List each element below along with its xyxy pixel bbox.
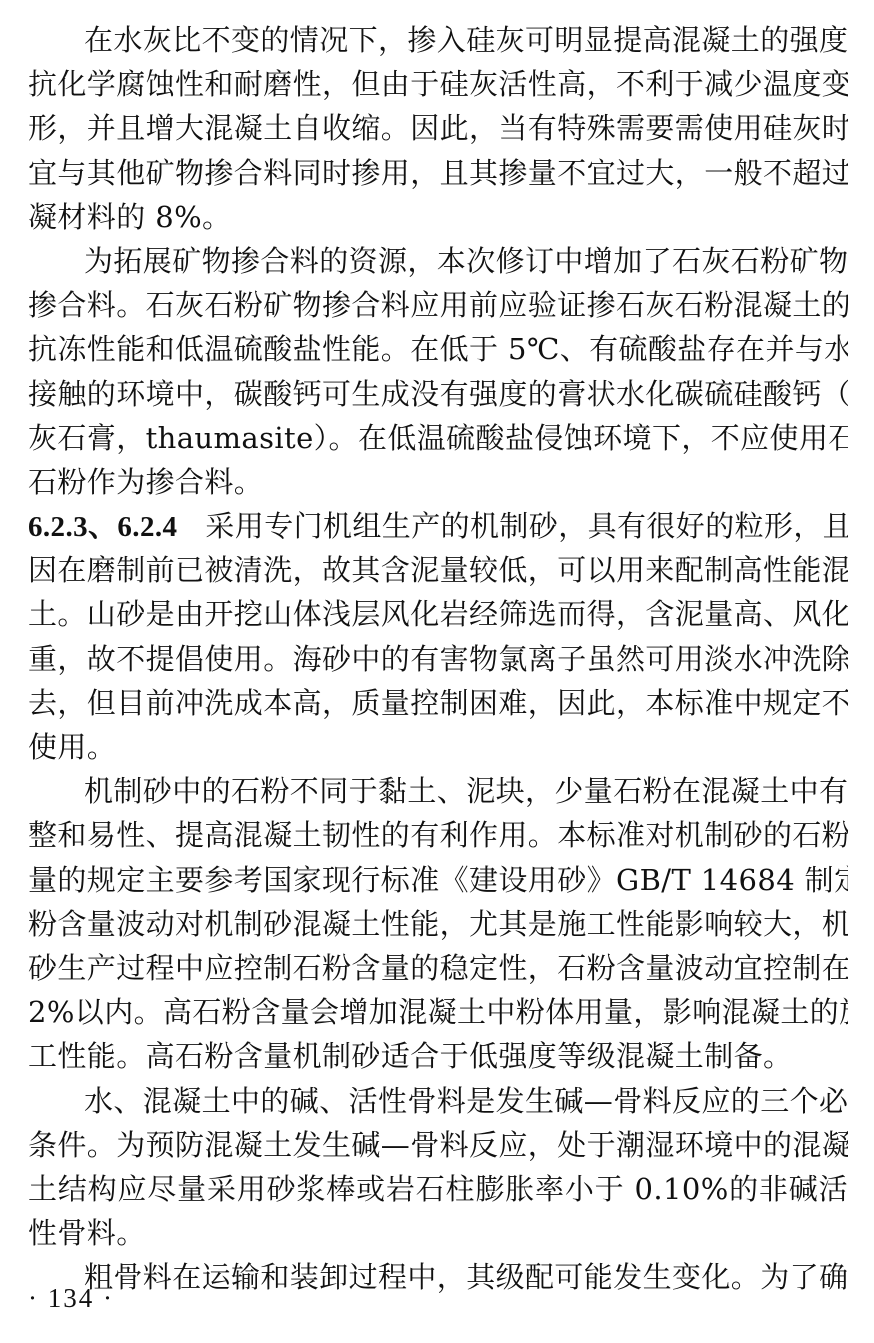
text-line: 灰石膏，thaumasite）。在低温硫酸盐侵蚀环境下，不应使用石灰	[28, 416, 848, 460]
text-line: 接触的环境中，碳酸钙可生成没有强度的膏状水化碳硫硅酸钙（硅	[28, 372, 848, 416]
text-line: 掺合料。石灰石粉矿物掺合料应用前应验证掺石灰石粉混凝土的	[28, 283, 848, 327]
section-number: 6.2.3、6.2.4	[28, 511, 177, 543]
text-line: 重，故不提倡使用。海砂中的有害物氯离子虽然可用淡水冲洗除	[28, 637, 848, 681]
text-line: 宜与其他矿物掺合料同时掺用，且其掺量不宜过大，一般不超过胶	[28, 151, 848, 195]
text-line: 6.2.3、6.2.4采用专门机组生产的机制砂，具有很好的粒形，且	[28, 504, 848, 548]
page-number: · 134 ·	[28, 1283, 114, 1314]
document-page: 在水灰比不变的情况下，掺入硅灰可明显提高混凝土的强度、 抗化学腐蚀性和耐磨性，但…	[28, 18, 848, 1299]
text-line: 量的规定主要参考国家现行标准《建设用砂》GB/T 14684 制定。石	[28, 858, 848, 902]
paragraph-alkali-aggregate: 水、混凝土中的碱、活性骨料是发生碱—骨料反应的三个必要 条件。为预防混凝土发生碱…	[28, 1079, 848, 1256]
text-line: 抗冻性能和低温硫酸盐性能。在低于 5℃、有硫酸盐存在并与水	[28, 327, 848, 371]
text-line: 去，但目前冲洗成本高，质量控制困难，因此，本标准中规定不应	[28, 681, 848, 725]
paragraph-limestone-powder: 为拓展矿物掺合料的资源，本次修订中增加了石灰石粉矿物 掺合料。石灰石粉矿物掺合料…	[28, 239, 848, 504]
text-line: 抗化学腐蚀性和耐磨性，但由于硅灰活性高，不利于减少温度变	[28, 62, 848, 106]
text-line: 土结构应尽量采用砂浆棒或岩石柱膨胀率小于 0.10%的非碱活	[28, 1167, 848, 1211]
text-line: 粉含量波动对机制砂混凝土性能，尤其是施工性能影响较大，机制	[28, 902, 848, 946]
text-line: 机制砂中的石粉不同于黏土、泥块，少量石粉在混凝土中有调	[28, 769, 848, 813]
paragraph-silica-fume: 在水灰比不变的情况下，掺入硅灰可明显提高混凝土的强度、 抗化学腐蚀性和耐磨性，但…	[28, 18, 848, 239]
text-line: 石粉作为掺合料。	[28, 460, 848, 504]
text-line: 水、混凝土中的碱、活性骨料是发生碱—骨料反应的三个必要	[28, 1079, 848, 1123]
text-line: 性骨料。	[28, 1211, 848, 1255]
text-line: 粗骨料在运输和装卸过程中，其级配可能发生变化。为了确保	[28, 1255, 848, 1299]
text-line: 凝材料的 8%。	[28, 195, 848, 239]
text-line: 在水灰比不变的情况下，掺入硅灰可明显提高混凝土的强度、	[28, 18, 848, 62]
text-line: 砂生产过程中应控制石粉含量的稳定性，石粉含量波动宜控制在	[28, 946, 848, 990]
text-line: 2%以内。高石粉含量会增加混凝土中粉体用量，影响混凝土的施	[28, 990, 848, 1034]
text-line: 土。山砂是由开挖山体浅层风化岩经筛选而得，含泥量高、风化严	[28, 592, 848, 636]
paragraph-section-6-2-3: 6.2.3、6.2.4采用专门机组生产的机制砂，具有很好的粒形，且 因在磨制前已…	[28, 504, 848, 769]
paragraph-coarse-aggregate: 粗骨料在运输和装卸过程中，其级配可能发生变化。为了确保	[28, 1255, 848, 1299]
text-line-content: 采用专门机组生产的机制砂，具有很好的粒形，且	[205, 509, 848, 543]
text-line: 条件。为预防混凝土发生碱—骨料反应，处于潮湿环境中的混凝	[28, 1123, 848, 1167]
text-line: 工性能。高石粉含量机制砂适合于低强度等级混凝土制备。	[28, 1034, 848, 1078]
text-line: 形，并且增大混凝土自收缩。因此，当有特殊需要需使用硅灰时，	[28, 106, 848, 150]
paragraph-stone-powder: 机制砂中的石粉不同于黏土、泥块，少量石粉在混凝土中有调 整和易性、提高混凝土韧性…	[28, 769, 848, 1078]
text-line: 使用。	[28, 725, 848, 769]
text-line: 整和易性、提高混凝土韧性的有利作用。本标准对机制砂的石粉含	[28, 813, 848, 857]
text-line: 因在磨制前已被清洗，故其含泥量较低，可以用来配制高性能混凝	[28, 548, 848, 592]
text-line: 为拓展矿物掺合料的资源，本次修订中增加了石灰石粉矿物	[28, 239, 848, 283]
